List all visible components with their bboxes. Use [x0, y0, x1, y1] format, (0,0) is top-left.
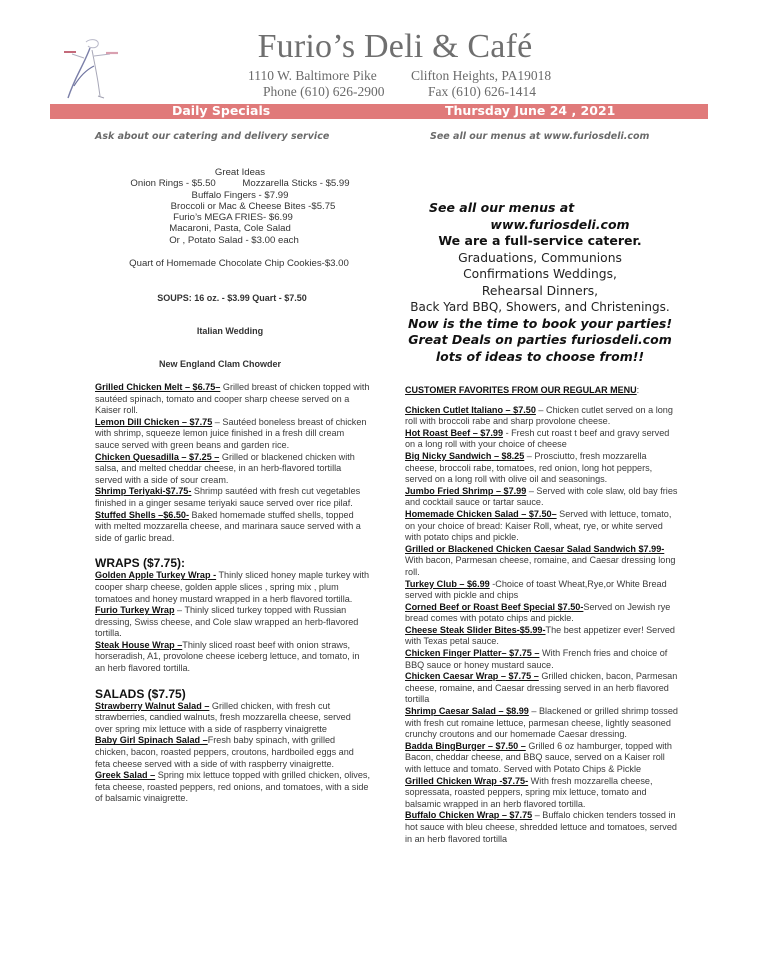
wrap-item: Steak House Wrap –Thinly sliced roast be…	[95, 640, 370, 675]
promo-line: Rehearsal Dinners,	[395, 283, 685, 300]
item-name: Hot Roast Beef – $7.99	[405, 428, 503, 438]
item-name: Chicken Caesar Wrap – $7.75 –	[405, 671, 539, 681]
item-name: Shrimp Teriyaki-$7.75-	[95, 486, 191, 496]
item-name: Chicken Finger Platter– $7.75 –	[405, 648, 539, 658]
item-name: Homemade Chicken Salad – $7.50–	[405, 509, 557, 519]
soup-item: Italian Wedding	[90, 326, 390, 336]
banner-daily-specials: Daily Specials	[172, 103, 270, 118]
promo-website: www.furiosdeli.com	[395, 217, 685, 234]
favorite-item: Chicken Finger Platter– $7.75 – With Fre…	[405, 648, 680, 671]
favorite-item: Jumbo Fried Shrimp – $7.99 – Served with…	[405, 486, 680, 509]
special-item: Stuffed Shells –$6.50- Baked homemade st…	[95, 510, 370, 545]
promo-line: Now is the time to book your parties!	[395, 316, 685, 333]
great-ideas-line: Furio’s MEGA FRIES- $6.99	[90, 212, 390, 223]
item-name: Golden Apple Turkey Wrap -	[95, 570, 216, 580]
item-name: Corned Beef or Roast Beef Special $7.50-	[405, 602, 583, 612]
favorite-item: Shrimp Caesar Salad – $8.99 – Blackened …	[405, 706, 680, 741]
item-name: Shrimp Caesar Salad – $8.99	[405, 706, 529, 716]
favorite-item: Chicken Caesar Wrap – $7.75 – Grilled ch…	[405, 671, 680, 706]
cookies-line: Quart of Homemade Chocolate Chip Cookies…	[90, 258, 390, 269]
salads-heading: SALADS ($7.75)	[95, 687, 370, 701]
favorite-item: Chicken Cutlet Italiano – $7.50 – Chicke…	[405, 405, 680, 428]
address-city: Clifton Heights, PA19018	[411, 68, 551, 84]
promo-line: Confirmations Weddings,	[395, 266, 685, 283]
favorite-item: Buffalo Chicken Wrap – $7.75 – Buffalo c…	[405, 810, 680, 845]
soups-section: SOUPS: 16 oz. - $3.99 Quart - $7.50	[90, 293, 390, 304]
favorite-item: Cheese Steak Slider Bites-$5.99-The best…	[405, 625, 680, 648]
banner-date: Thursday June 24 , 2021	[445, 103, 615, 118]
great-ideas-line: Or , Potato Salad - $3.00 each	[90, 235, 390, 246]
favorite-item: Turkey Club – $6.99 -Choice of toast Whe…	[405, 579, 680, 602]
item-name: Steak House Wrap –	[95, 640, 182, 650]
great-ideas-heading: Great Ideas	[90, 167, 390, 178]
item-desc: With bacon, Parmesan cheese, romaine, an…	[405, 555, 675, 577]
item-name: Chicken Quesadilla – $7.25 –	[95, 452, 219, 462]
wrap-item: Furio Turkey Wrap – Thinly sliced turkey…	[95, 605, 370, 640]
item-name: Greek Salad –	[95, 770, 155, 780]
favorite-item: Grilled Chicken Wrap -$7.75- With fresh …	[405, 776, 680, 811]
specials-banner: Daily Specials Thursday June 24 , 2021	[50, 104, 708, 119]
favorite-item: Corned Beef or Roast Beef Special $7.50-…	[405, 602, 680, 625]
item-name: Chicken Cutlet Italiano – $7.50	[405, 405, 536, 415]
favorite-item: Hot Roast Beef – $7.99 - Fresh cut roast…	[405, 428, 680, 451]
promo-line: Back Yard BBQ, Showers, and Christenings…	[395, 299, 685, 316]
item-name: Jumbo Fried Shrimp – $7.99	[405, 486, 526, 496]
favorites-heading: CUSTOMER FAVORITES FROM OUR REGULAR MENU	[405, 385, 637, 395]
promo-line: We are a full-service caterer.	[395, 233, 685, 250]
phone-number: Phone (610) 626-2900	[263, 84, 385, 100]
favorites-column: CUSTOMER FAVORITES FROM OUR REGULAR MENU…	[405, 385, 680, 845]
catering-tagline: Ask about our catering and delivery serv…	[95, 131, 329, 142]
fax-number: Fax (610) 626-1414	[428, 84, 536, 100]
soups-heading: SOUPS: 16 oz. - $3.99 Quart - $7.50	[90, 293, 390, 304]
great-ideas-section: Great Ideas Onion Rings - $5.50 Mozzarel…	[90, 167, 390, 269]
item-name: Furio Turkey Wrap	[95, 605, 175, 615]
promo-line: Graduations, Communions	[395, 250, 685, 267]
item-name: Badda BingBurger – $7.50 –	[405, 741, 526, 751]
great-ideas-line: Onion Rings - $5.50 Mozzarella Sticks - …	[90, 178, 390, 189]
wrap-item: Golden Apple Turkey Wrap - Thinly sliced…	[95, 570, 370, 605]
heading-suffix: :	[637, 385, 640, 395]
great-ideas-line: Broccoli or Mac & Cheese Bites -$5.75	[90, 201, 390, 212]
favorite-item: Badda BingBurger – $7.50 – Grilled 6 oz …	[405, 741, 680, 776]
great-ideas-line: Buffalo Fingers - $7.99	[90, 190, 390, 201]
item-name: Big Nicky Sandwich – $8.25	[405, 451, 524, 461]
item-name: Grilled or Blackened Chicken Caesar Sala…	[405, 544, 664, 554]
salad-item: Greek Salad – Spring mix lettuce topped …	[95, 770, 370, 805]
promo-line: See all our menus at	[395, 200, 685, 217]
menus-tagline: See all our menus at www.furiosdeli.com	[430, 131, 649, 142]
promo-line: lots of ideas to choose from!!	[395, 349, 685, 366]
item-name: Stuffed Shells –$6.50-	[95, 510, 189, 520]
favorite-item: Grilled or Blackened Chicken Caesar Sala…	[405, 544, 680, 579]
item-name: Buffalo Chicken Wrap – $7.75	[405, 810, 532, 820]
item-name: Baby Girl Spinach Salad –	[95, 735, 208, 745]
item-name: Turkey Club – $6.99	[405, 579, 490, 589]
favorite-item: Homemade Chicken Salad – $7.50– Served w…	[405, 509, 680, 544]
item-name: Grilled Chicken Wrap -$7.75-	[405, 776, 528, 786]
item-name: Cheese Steak Slider Bites-$5.99-	[405, 625, 546, 635]
item-name: Grilled Chicken Melt – $6.75–	[95, 382, 220, 392]
wraps-heading: WRAPS ($7.75):	[95, 556, 370, 570]
special-item: Grilled Chicken Melt – $6.75– Grilled br…	[95, 382, 370, 417]
soup-item: New England Clam Chowder	[90, 359, 390, 369]
special-item: Lemon Dill Chicken – $7.75 – Sautéed bon…	[95, 417, 370, 452]
special-item: Shrimp Teriyaki-$7.75- Shrimp sautéed wi…	[95, 486, 370, 509]
specials-column: Grilled Chicken Melt – $6.75– Grilled br…	[95, 382, 370, 805]
favorite-item: Big Nicky Sandwich – $8.25 – Prosciutto,…	[405, 451, 680, 486]
salad-item: Baby Girl Spinach Salad –Fresh baby spin…	[95, 735, 370, 770]
item-name: Lemon Dill Chicken – $7.75	[95, 417, 212, 427]
promo-line: Great Deals on parties furiosdeli.com	[395, 332, 685, 349]
special-item: Chicken Quesadilla – $7.25 – Grilled or …	[95, 452, 370, 487]
item-name: Strawberry Walnut Salad –	[95, 701, 209, 711]
great-ideas-line: Macaroni, Pasta, Cole Salad	[90, 223, 390, 234]
address-street: 1110 W. Baltimore Pike	[248, 68, 377, 84]
salad-item: Strawberry Walnut Salad – Grilled chicke…	[95, 701, 370, 736]
restaurant-title: Furio’s Deli & Café	[0, 28, 764, 66]
catering-promo: See all our menus at www.furiosdeli.com …	[395, 200, 685, 365]
